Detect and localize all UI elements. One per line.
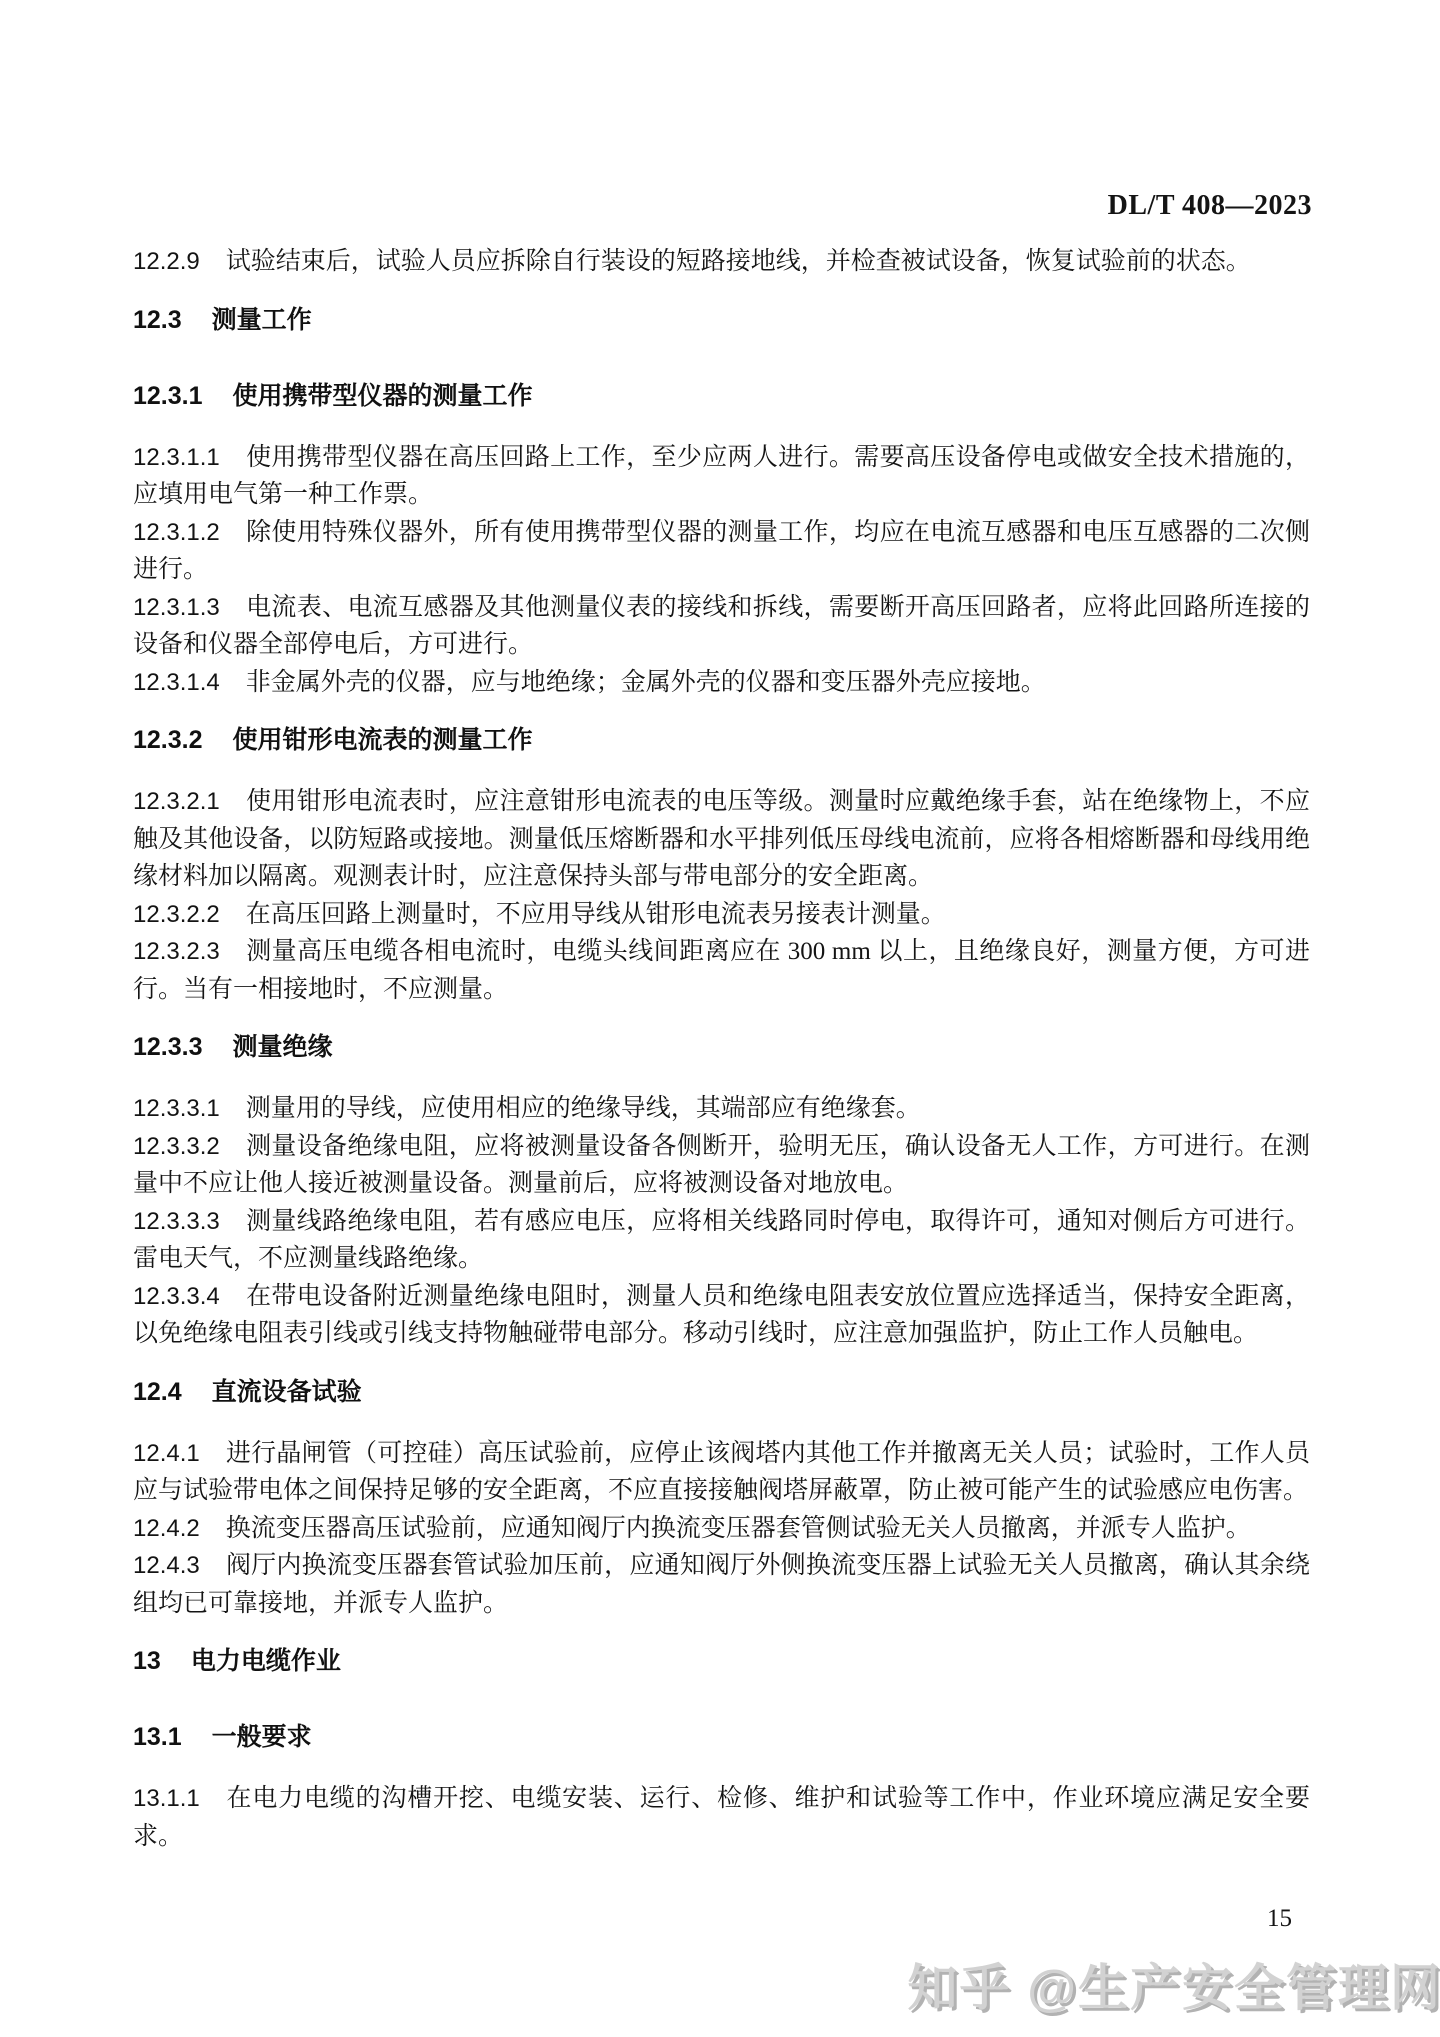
clause-text: 使用钳形电流表的测量工作 — [233, 726, 533, 754]
clause-text: 测量线路绝缘电阻，若有感应电压，应将相关线路同时停电，取得许可，通知对侧后方可进… — [133, 1208, 1310, 1273]
clause-paragraph: 12.3.3.1测量用的导线，应使用相应的绝缘导线，其端部应有绝缘套。 — [133, 1090, 1310, 1128]
clause-paragraph: 12.2.9试验结束后，试验人员应拆除自行装设的短路接地线，并检查被试设备，恢复… — [133, 243, 1310, 281]
clause-number: 12.2.9 — [133, 248, 200, 275]
clause-number: 12.3.2.3 — [133, 938, 220, 965]
page-number: 15 — [1267, 1905, 1292, 1933]
clause-text: 使用携带型仪器的测量工作 — [233, 382, 533, 410]
clause-text: 一般要求 — [212, 1723, 312, 1751]
clause-text: 直流设备试验 — [212, 1378, 362, 1406]
clause-number: 12.3.1.4 — [133, 669, 220, 696]
clause-text: 使用携带型仪器在高压回路上工作，至少应两人进行。需要高压设备停电或做安全技术措施… — [133, 444, 1310, 509]
clause-text: 测量设备绝缘电阻，应将被测量设备各侧断开，验明无压，确认设备无人工作，方可进行。… — [133, 1133, 1310, 1198]
clause-number: 13.1.1 — [133, 1785, 200, 1812]
clause-text: 电流表、电流互感器及其他测量仪表的接线和拆线，需要断开高压回路者，应将此回路所连… — [133, 594, 1310, 659]
clause-text: 电力电缆作业 — [191, 1647, 341, 1675]
clause-paragraph: 12.3.3.4在带电设备附近测量绝缘电阻时，测量人员和绝缘电阻表安放位置应选择… — [133, 1278, 1310, 1353]
clause-paragraph: 12.3.1.4非金属外壳的仪器，应与地绝缘；金属外壳的仪器和变压器外壳应接地。 — [133, 664, 1310, 702]
clause-text: 除使用特殊仪器外，所有使用携带型仪器的测量工作，均应在电流互感器和电压互感器的二… — [133, 519, 1310, 584]
clause-text: 阀厅内换流变压器套管试验加压前，应通知阀厅外侧换流变压器上试验无关人员撤离，确认… — [133, 1552, 1310, 1617]
section-heading: 12.3.2使用钳形电流表的测量工作 — [133, 725, 1310, 755]
clause-text: 测量绝缘 — [233, 1033, 333, 1061]
clause-paragraph: 12.4.1进行晶闸管（可控硅）高压试验前，应停止该阀塔内其他工作并撤离无关人员… — [133, 1435, 1310, 1510]
clause-number: 13 — [133, 1647, 161, 1675]
watermark: 知乎 @生产安全管理网 — [907, 1948, 1440, 2020]
clause-number: 12.3.2 — [133, 726, 203, 754]
clause-paragraph: 12.3.1.2除使用特殊仪器外，所有使用携带型仪器的测量工作，均应在电流互感器… — [133, 514, 1310, 589]
clause-text: 测量用的导线，应使用相应的绝缘导线，其端部应有绝缘套。 — [246, 1095, 921, 1122]
clause-text: 测量高压电缆各相电流时，电缆头线间距离应在 300 mm 以上，且绝缘良好，测量… — [133, 938, 1310, 1003]
clause-number: 12.3.1.1 — [133, 444, 220, 471]
clause-number: 12.4.1 — [133, 1440, 200, 1467]
clause-number: 12.3.3 — [133, 1033, 203, 1061]
clause-paragraph: 12.3.2.3测量高压电缆各相电流时，电缆头线间距离应在 300 mm 以上，… — [133, 933, 1310, 1008]
clause-text: 测量工作 — [212, 306, 312, 334]
clause-text: 非金属外壳的仪器，应与地绝缘；金属外壳的仪器和变压器外壳应接地。 — [246, 669, 1046, 696]
clause-text: 使用钳形电流表时，应注意钳形电流表的电压等级。测量时应戴绝缘手套，站在绝缘物上，… — [133, 788, 1310, 890]
clause-number: 12.4.2 — [133, 1515, 200, 1542]
section-heading: 12.3.1使用携带型仪器的测量工作 — [133, 381, 1310, 411]
clause-paragraph: 12.4.2换流变压器高压试验前，应通知阀厅内换流变压器套管侧试验无关人员撤离，… — [133, 1510, 1310, 1548]
clause-paragraph: 12.4.3阀厅内换流变压器套管试验加压前，应通知阀厅外侧换流变压器上试验无关人… — [133, 1547, 1310, 1622]
clause-text: 在高压回路上测量时，不应用导线从钳形电流表另接表计测量。 — [246, 901, 946, 928]
clause-paragraph: 13.1.1在电力电缆的沟槽开挖、电缆安装、运行、检修、维护和试验等工作中，作业… — [133, 1780, 1310, 1855]
section-heading: 12.3.3测量绝缘 — [133, 1032, 1310, 1062]
clause-text: 进行晶闸管（可控硅）高压试验前，应停止该阀塔内其他工作并撤离无关人员；试验时，工… — [133, 1440, 1310, 1505]
clause-text: 在电力电缆的沟槽开挖、电缆安装、运行、检修、维护和试验等工作中，作业环境应满足安… — [133, 1785, 1310, 1850]
clause-number: 12.3.3.4 — [133, 1283, 220, 1310]
clause-paragraph: 12.3.3.3测量线路绝缘电阻，若有感应电压，应将相关线路同时停电，取得许可，… — [133, 1203, 1310, 1278]
clause-number: 12.3 — [133, 306, 182, 334]
section-heading: 13.1一般要求 — [133, 1722, 1310, 1752]
content-area: 12.2.9试验结束后，试验人员应拆除自行装设的短路接地线，并检查被试设备，恢复… — [133, 243, 1310, 1855]
clause-paragraph: 12.3.3.2测量设备绝缘电阻，应将被测量设备各侧断开，验明无压，确认设备无人… — [133, 1128, 1310, 1203]
clause-number: 12.3.2.2 — [133, 901, 220, 928]
document-code-header: DL/T 408—2023 — [1108, 190, 1312, 222]
clause-paragraph: 12.3.2.1使用钳形电流表时，应注意钳形电流表的电压等级。测量时应戴绝缘手套… — [133, 783, 1310, 896]
clause-text: 试验结束后，试验人员应拆除自行装设的短路接地线，并检查被试设备，恢复试验前的状态… — [226, 248, 1251, 275]
clause-number: 12.3.2.1 — [133, 788, 220, 815]
section-heading: 13电力电缆作业 — [133, 1646, 1310, 1676]
clause-number: 12.3.3.1 — [133, 1095, 220, 1122]
section-heading: 12.4直流设备试验 — [133, 1377, 1310, 1407]
clause-number: 13.1 — [133, 1723, 182, 1751]
clause-number: 12.3.3.3 — [133, 1208, 220, 1235]
clause-paragraph: 12.3.1.3电流表、电流互感器及其他测量仪表的接线和拆线，需要断开高压回路者… — [133, 589, 1310, 664]
clause-number: 12.4.3 — [133, 1552, 200, 1579]
clause-number: 12.3.1.2 — [133, 519, 220, 546]
clause-number: 12.3.1 — [133, 382, 203, 410]
clause-paragraph: 12.3.2.2在高压回路上测量时，不应用导线从钳形电流表另接表计测量。 — [133, 896, 1310, 934]
section-heading: 12.3测量工作 — [133, 305, 1310, 335]
clause-number: 12.3.3.2 — [133, 1133, 220, 1160]
clause-text: 换流变压器高压试验前，应通知阀厅内换流变压器套管侧试验无关人员撤离，并派专人监护… — [226, 1515, 1251, 1542]
clause-paragraph: 12.3.1.1使用携带型仪器在高压回路上工作，至少应两人进行。需要高压设备停电… — [133, 439, 1310, 514]
clause-text: 在带电设备附近测量绝缘电阻时，测量人员和绝缘电阻表安放位置应选择适当，保持安全距… — [133, 1283, 1310, 1348]
clause-number: 12.4 — [133, 1378, 182, 1406]
clause-number: 12.3.1.3 — [133, 594, 220, 621]
